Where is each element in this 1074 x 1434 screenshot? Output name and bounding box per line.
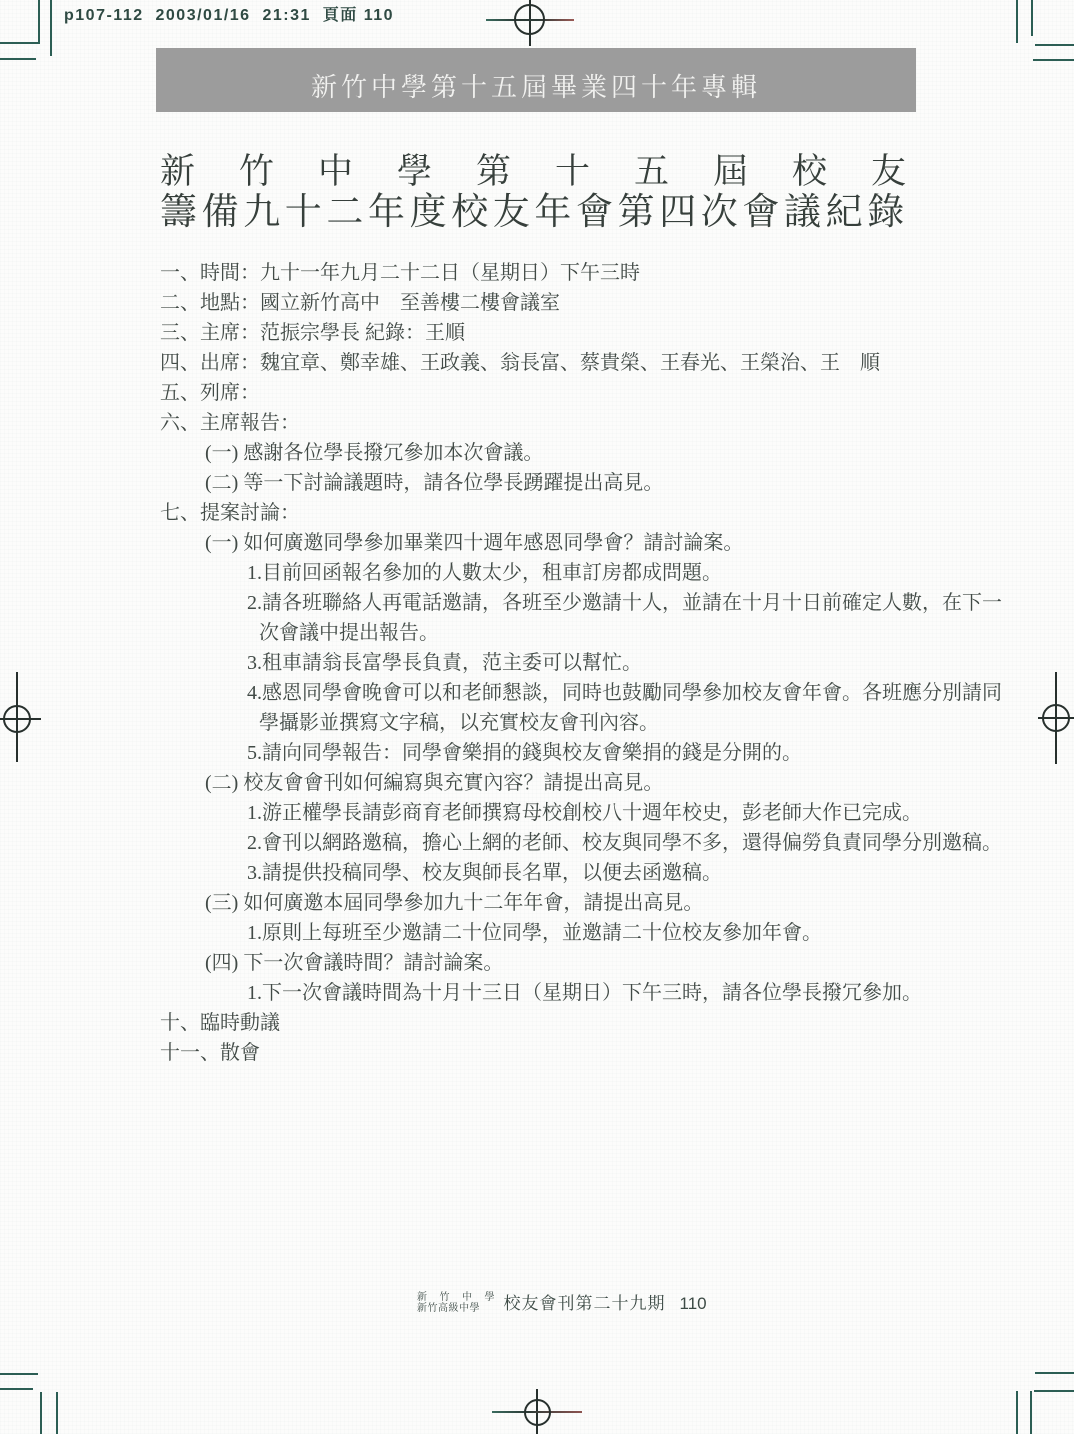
minutes-line: 二、地點：國立新竹高中 至善樓二樓會議室 — [160, 288, 940, 318]
minutes-line: 三、主席：范振宗學長 紀錄：王順 — [160, 318, 940, 348]
registration-mark-right-circle — [1042, 704, 1070, 732]
minutes-line: 次會議中提出報告。 — [160, 618, 940, 648]
minutes-line: 3.租車請翁長富學長負責，范主委可以幫忙。 — [160, 648, 940, 678]
crop-mark-top-right-h1 — [1035, 44, 1074, 46]
crop-mark-top-right-v1 — [1016, 0, 1018, 43]
minutes-line: 一、時間：九十一年九月二十二日（星期日）下午三時 — [160, 258, 940, 288]
crop-mark-top-right-h2 — [1033, 59, 1074, 61]
crop-mark-bottom-left-v1 — [40, 1392, 42, 1434]
minutes-line: (二) 等一下討論議題時，請各位學長踴躍提出高見。 — [160, 468, 940, 498]
minutes-line: 十一、散會 — [160, 1038, 940, 1068]
registration-mark-bottom-circle — [524, 1399, 551, 1426]
registration-mark-left-circle — [3, 705, 31, 733]
crop-mark-bottom-right-h2 — [1034, 1390, 1074, 1392]
minutes-line: 學攝影並撰寫文字稿，以充實校友會刊內容。 — [160, 708, 940, 738]
section-banner: 新竹中學第十五屆畢業四十年專輯 — [156, 48, 916, 112]
crop-mark-bottom-left-v2 — [56, 1392, 58, 1434]
crop-mark-top-left-v1 — [38, 0, 40, 42]
school-name-line1: 新 竹 中 學 — [417, 1292, 500, 1303]
journal-title: 校友會刊第二十九期 — [504, 1294, 666, 1314]
crop-mark-top-right-v2 — [1031, 0, 1033, 36]
minutes-line: 3.請提供投稿同學、校友與師長名單，以便去函邀稿。 — [160, 858, 940, 888]
minutes-line: 4.感恩同學會晚會可以和老師懇談，同時也鼓勵同學參加校友會年會。各班應分別請同 — [160, 678, 940, 708]
minutes-line: 2.請各班聯絡人再電話邀請，各班至少邀請十人，並請在十月十日前確定人數，在下一 — [160, 588, 940, 618]
scan-timestamp-slug: p107-112 2003/01/16 21:31 頁面 110 — [64, 2, 394, 25]
crop-mark-bottom-right-v2 — [1030, 1391, 1032, 1434]
minutes-line: 四、出席：魏宜章、鄭幸雄、王政義、翁長富、蔡貴榮、王春光、王榮治、王 順 — [160, 348, 940, 378]
minutes-line: 五、列席： — [160, 378, 940, 408]
crop-mark-top-left-v2 — [50, 0, 52, 56]
minutes-line: (一) 感謝各位學長撥冗參加本次會議。 — [160, 438, 940, 468]
page-footer: 新 竹 中 學 新竹高級中學 校友會刊第二十九期 110 — [417, 1292, 707, 1314]
banner-title: 新竹中學第十五屆畢業四十年專輯 — [311, 57, 761, 104]
minutes-line: 1.下一次會議時間為十月十三日（星期日）下午三時，請各位學長撥冗參加。 — [160, 978, 940, 1008]
minutes-line: 1.原則上每班至少邀請二十位同學，並邀請二十位校友參加年會。 — [160, 918, 940, 948]
crop-mark-bottom-left-h2 — [0, 1388, 33, 1390]
minutes-line: (二) 校友會會刊如何編寫與充實內容？請提出高見。 — [160, 768, 940, 798]
minutes-line: (一) 如何廣邀同學參加畢業四十週年感恩同學會？請討論案。 — [160, 528, 940, 558]
scanned-document-page: p107-112 2003/01/16 21:31 頁面 110 — [0, 0, 1074, 1434]
minutes-line: 5.請向同學報告：同學會樂捐的錢與校友會樂捐的錢是分開的。 — [160, 738, 940, 768]
school-name-line2: 新竹高級中學 — [417, 1303, 500, 1314]
minutes-line: 十、臨時動議 — [160, 1008, 940, 1038]
minutes-line: 六、主席報告： — [160, 408, 940, 438]
minutes-line: (四) 下一次會議時間？請討論案。 — [160, 948, 940, 978]
minutes-line: (三) 如何廣邀本屆同學參加九十二年年會，請提出高見。 — [160, 888, 940, 918]
registration-mark-top-circle — [514, 4, 545, 35]
school-name-stack: 新 竹 中 學 新竹高級中學 — [417, 1292, 500, 1314]
minutes-line: 1.游正權學長請彭商育老師撰寫母校創校八十週年校史，彭老師大作已完成。 — [160, 798, 940, 828]
minutes-line: 1.目前回函報名參加的人數太少，租車訂房都成問題。 — [160, 558, 940, 588]
crop-mark-top-left-h2 — [0, 58, 36, 60]
document-title-line2: 籌備九十二年度校友年會第四次會議紀錄 — [160, 192, 910, 234]
crop-mark-bottom-left-h1 — [0, 1373, 38, 1375]
crop-mark-top-left-h1 — [0, 42, 40, 44]
minutes-body: 一、時間：九十一年九月二十二日（星期日）下午三時 二、地點：國立新竹高中 至善樓… — [160, 258, 940, 1068]
page-number: 110 — [680, 1294, 707, 1314]
crop-mark-bottom-right-h1 — [1035, 1372, 1074, 1374]
minutes-line: 七、提案討論： — [160, 498, 940, 528]
document-title: 新竹中學第十五屆校友 籌備九十二年度校友年會第四次會議紀錄 — [160, 152, 910, 234]
minutes-line: 2.會刊以網路邀稿，擔心上網的老師、校友與同學不多，還得偏勞負責同學分別邀稿。 — [160, 828, 940, 858]
crop-mark-bottom-right-v1 — [1016, 1391, 1018, 1434]
document-title-line1: 新竹中學第十五屆校友 — [160, 152, 910, 192]
